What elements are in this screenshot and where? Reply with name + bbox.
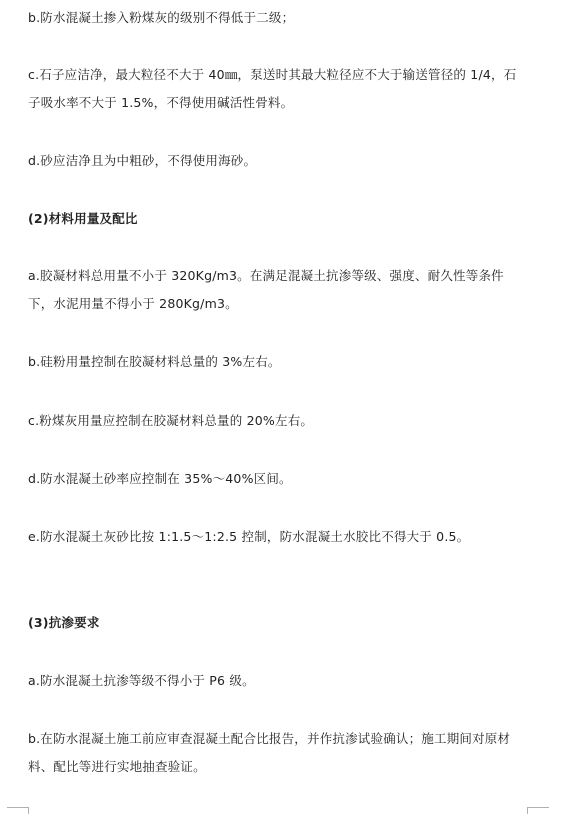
paragraph-sand: d.砂应洁净且为中粗砂，不得使用海砂。 [28,147,528,175]
paragraph-impermeability-grade: a.防水混凝土抗渗等级不得小于 P6 级。 [28,667,528,695]
paragraph-binder-total: a.胶凝材料总用量不小于 320Kg/m3。在满足混凝土抗渗等级、强度、耐久性等… [28,262,528,318]
paragraph-fly-ash-grade: b.防水混凝土掺入粉煤灰的级别不得低于二级； [28,4,528,32]
page-corner-mark-right [527,807,549,814]
paragraph-fly-ash-dosage: c.粉煤灰用量应控制在胶凝材料总量的 20%左右。 [28,407,528,435]
section-heading-material-dosage: (2)材料用量及配比 [28,205,528,233]
page-corner-mark-left [7,807,29,814]
paragraph-sand-ratio: d.防水混凝土砂率应控制在 35%～40%区间。 [28,465,528,493]
paragraph-cement-sand-ratio: e.防水混凝土灰砂比按 1:1.5～1:2.5 控制，防水混凝土水胶比不得大于 … [28,523,528,551]
paragraph-gravel: c.石子应洁净，最大粒径不大于 40㎜，泵送时其最大粒径应不大于输送管径的 1/… [28,61,528,117]
section-heading-impermeability: (3)抗渗要求 [28,609,528,637]
paragraph-mix-report-review: b.在防水混凝土施工前应审查混凝土配合比报告，并作抗渗试验确认；施工期间对原材料… [28,725,528,781]
paragraph-silica-fume: b.硅粉用量控制在胶凝材料总量的 3%左右。 [28,348,528,376]
